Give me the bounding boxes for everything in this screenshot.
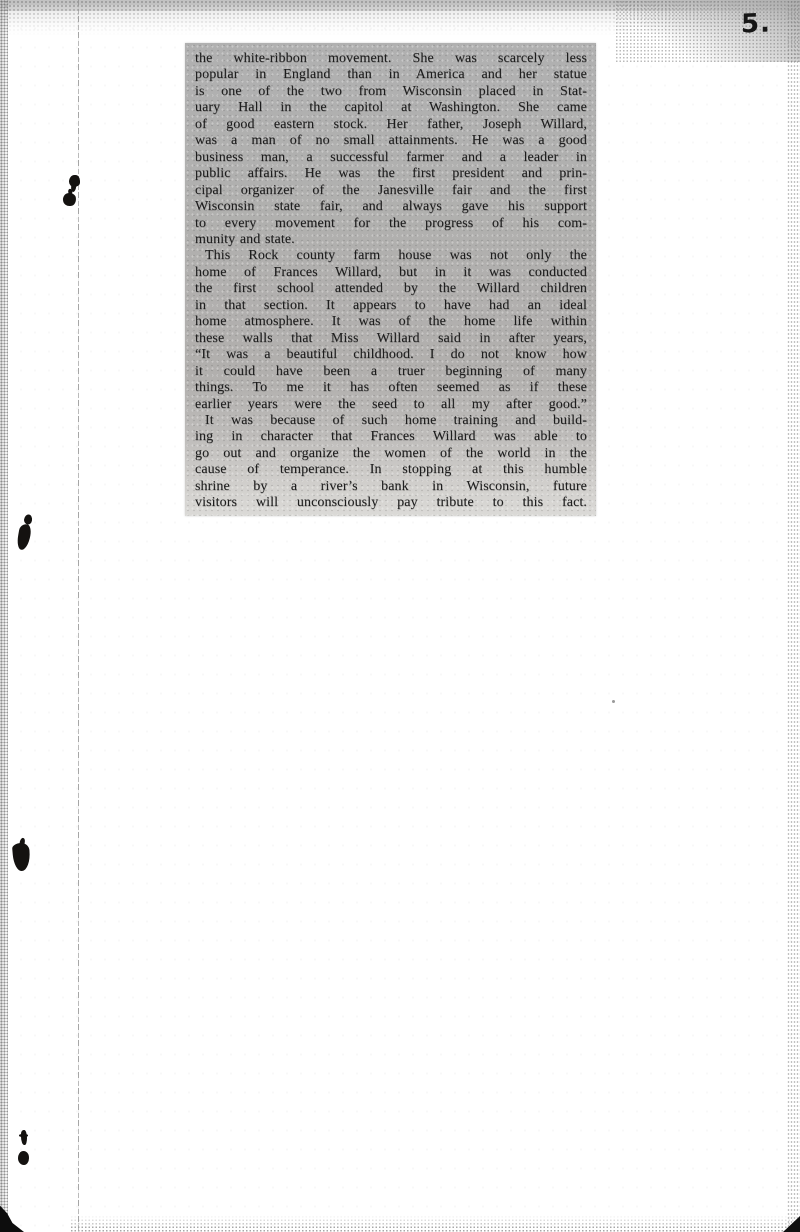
handwritten-page-number: 5. — [741, 10, 771, 37]
clipping-line: uary Hall in the capitol at Washington. … — [195, 100, 587, 116]
clipping-line: business man, a successful farmer and a … — [195, 150, 587, 166]
paper-speck — [612, 700, 615, 703]
clipping-line: public affairs. He was the first preside… — [195, 166, 587, 182]
clipping-line: This Rock county farm house was not only… — [195, 248, 587, 264]
clipping-line: “It was a beautiful childhood. I do not … — [195, 347, 587, 363]
clipping-line: to every movement for the progress of hi… — [195, 216, 587, 232]
ink-blot-3 — [16, 523, 32, 551]
ink-blot-6 — [18, 1151, 29, 1165]
clipping-line: it could have been a truer beginning of … — [195, 364, 587, 380]
clipping-line: these walls that Miss Willard said in af… — [195, 331, 587, 347]
newspaper-clipping: the white-ribbon movement. She was scarc… — [185, 43, 596, 516]
scan-edge-left — [0, 0, 8, 1232]
clipping-line: things. To me it has often seemed as if … — [195, 380, 587, 396]
clipping-line: of good eastern stock. Her father, Josep… — [195, 117, 587, 133]
clipping-line: It was because of such home training and… — [195, 413, 587, 429]
ink-blot-2 — [62, 192, 76, 206]
clipping-line: munity and state. — [195, 232, 587, 248]
clipping-line: is one of the two from Wisconsin placed … — [195, 84, 587, 100]
clipping-line: the white-ribbon movement. She was scarc… — [195, 51, 587, 67]
clipping-text: the white-ribbon movement. She was scarc… — [195, 51, 587, 512]
clipping-line: go out and organize the women of the wor… — [195, 446, 587, 462]
clipping-line: shrine by a river’s bank in Wisconsin, f… — [195, 479, 587, 495]
clipping-line: earlier years were the seed to all my af… — [195, 397, 587, 413]
scan-shadow-top-right — [615, 0, 800, 62]
scan-edge-bottom — [70, 1215, 800, 1232]
clipping-line: cause of temperance. In stopping at this… — [195, 462, 587, 478]
clipping-line: popular in England than in America and h… — [195, 67, 587, 83]
clipping-line: home of Frances Willard, but in it was c… — [195, 265, 587, 281]
ink-blot-5 — [21, 1130, 27, 1145]
clipping-line: Wisconsin state fair, and always gave hi… — [195, 199, 587, 215]
clipping-line: the first school attended by the Willard… — [195, 281, 587, 297]
ink-blot-4 — [12, 842, 31, 871]
scanned-document-page: { "page": { "handwritten_number": "5.", … — [0, 0, 800, 1232]
clipping-line: visitors will unconsciously pay tribute … — [195, 495, 587, 511]
clipping-line: was a man of no small attainments. He wa… — [195, 133, 587, 149]
clipping-line: cipal organizer of the Janesville fair a… — [195, 183, 587, 199]
clipping-line: home atmosphere. It was of the home life… — [195, 314, 587, 330]
scan-edge-right — [787, 0, 800, 1232]
clipping-line: in that section. It appears to have had … — [195, 298, 587, 314]
clipping-line: ing in character that Frances Willard wa… — [195, 429, 587, 445]
ink-blot-1 — [69, 175, 80, 187]
